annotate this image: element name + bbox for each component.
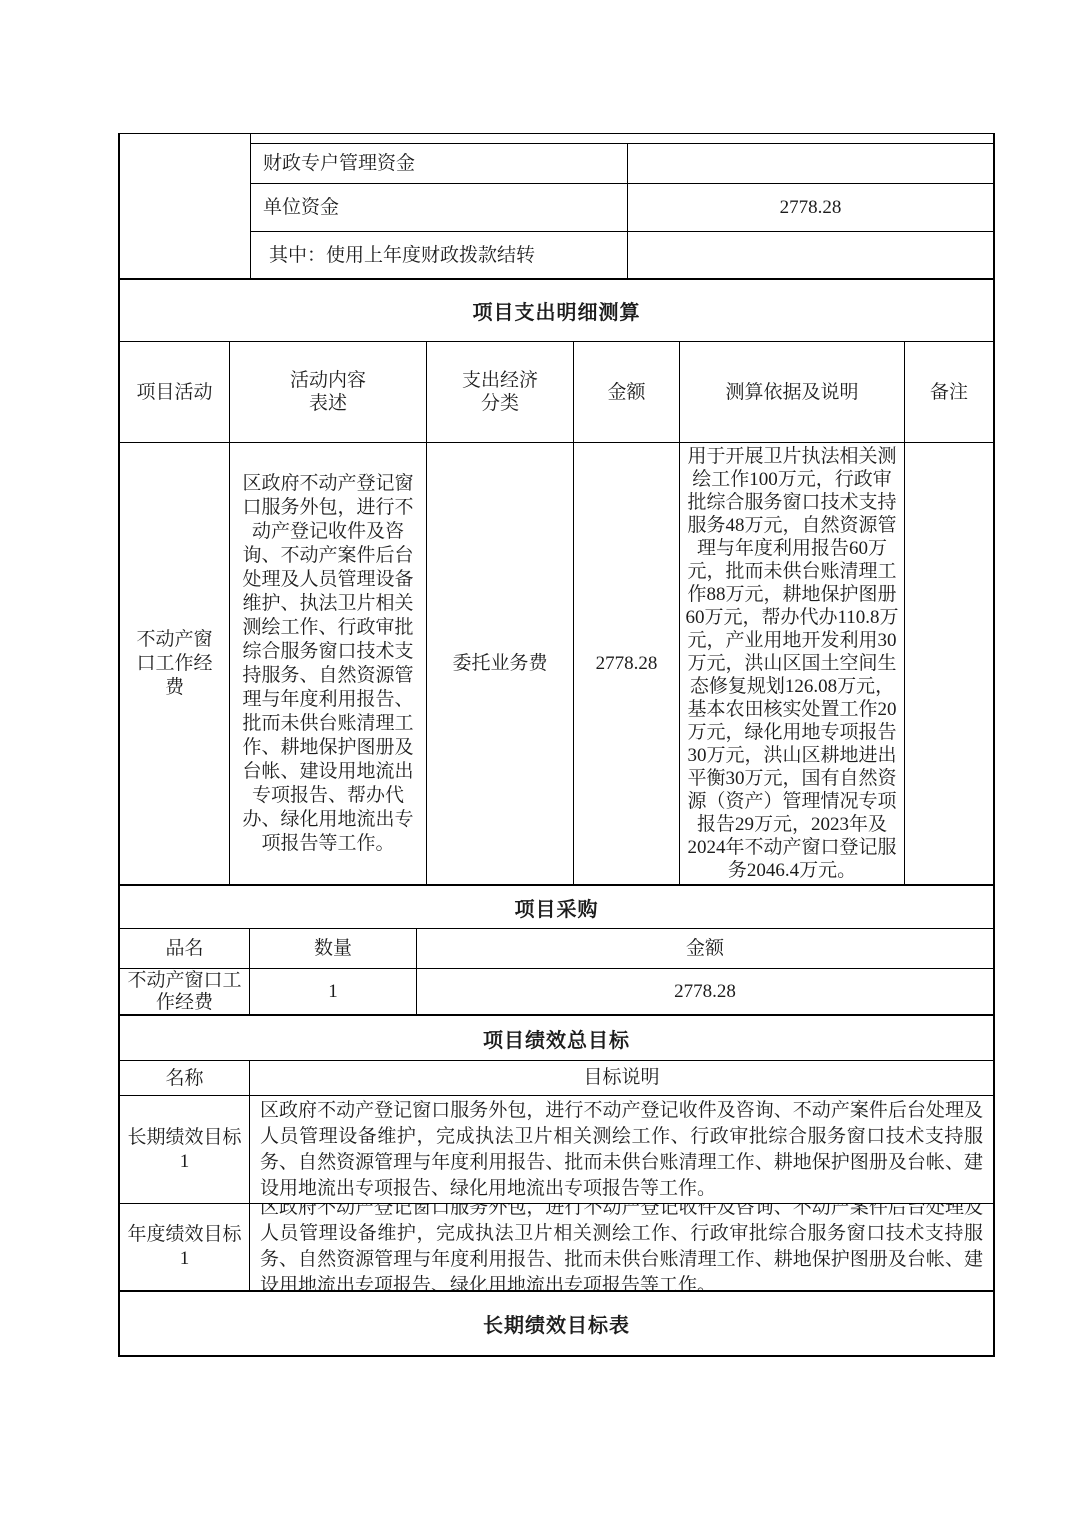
funding-value-unit-funds: 2778.28 [628,184,993,231]
column-header-content: 活动内容 表述 [230,342,427,442]
table-row: 单位资金 2778.28 [251,184,993,232]
funding-label-unit-funds: 单位资金 [251,184,628,231]
column-header-basis: 测算依据及说明 [680,342,905,442]
detail-amount: 2778.28 [574,443,680,884]
funding-span-cell [120,134,251,278]
funding-rows: 财政专户管理资金 单位资金 2778.28 其中：使用上年度财政拨款结转 [251,134,993,278]
column-header-remark: 备注 [905,342,993,442]
funding-label-carryover: 其中：使用上年度财政拨款结转 [251,232,628,278]
section-title-overall-goals: 项目绩效总目标 [120,1016,993,1061]
funding-label-special-account: 财政专户管理资金 [251,144,628,183]
table-row: 其中：使用上年度财政拨款结转 [251,232,993,278]
detail-header-row: 项目活动 活动内容 表述 支出经济 分类 金额 测算依据及说明 备注 [120,342,993,443]
funding-continuation-section: 财政专户管理资金 单位资金 2778.28 其中：使用上年度财政拨款结转 [120,134,993,280]
procurement-quantity: 1 [250,969,417,1014]
column-header-item-name: 品名 [120,929,250,968]
column-header-economic-class: 支出经济 分类 [427,342,574,442]
procurement-data-row: 不动产窗口工作经费 1 2778.28 [120,969,993,1016]
goals-header-row: 名称 目标说明 [120,1061,993,1096]
detail-remark [905,443,993,884]
column-header-amount: 金额 [574,342,680,442]
funding-value-carryover [628,232,993,278]
procurement-item-name: 不动产窗口工作经费 [120,969,250,1014]
goal-name-long-term: 长期绩效目标1 [120,1096,250,1203]
goal-row-annual: 年度绩效目标1 区政府不动产登记窗口服务外包，进行不动产登记收件及咨询、不动产案… [120,1204,993,1292]
goal-description-long-term: 区政府不动产登记窗口服务外包，进行不动产登记收件及咨询、不动产案件后台处理及人员… [250,1096,993,1203]
column-header-proc-amount: 金额 [417,929,993,968]
detail-activity-content: 区政府不动产登记窗口服务外包，进行不动产登记收件及咨询、不动产案件后台处理及人员… [230,443,427,884]
goal-description-annual: 区政府不动产登记窗口服务外包，进行不动产登记收件及咨询、不动产案件后台处理及人员… [250,1204,993,1290]
page-break-sliver-row [251,134,993,144]
column-header-quantity: 数量 [250,929,417,968]
goal-row-long-term: 长期绩效目标1 区政府不动产登记窗口服务外包，进行不动产登记收件及咨询、不动产案… [120,1096,993,1204]
section-title-expenditure-detail: 项目支出明细测算 [120,280,993,342]
column-header-goal-description: 目标说明 [250,1061,993,1095]
detail-economic-class: 委托业务费 [427,443,574,884]
funding-value-special-account [628,144,993,183]
table-row: 财政专户管理资金 [251,144,993,184]
document-page: { "page": { "background": "#ffffff", "te… [0,0,1075,1520]
budget-table: 财政专户管理资金 单位资金 2778.28 其中：使用上年度财政拨款结转 项目支… [118,133,995,1357]
procurement-amount: 2778.28 [417,969,993,1014]
section-title-long-term-goal-table: 长期绩效目标表 [120,1292,993,1355]
detail-activity-name: 不动产窗口工作经费 [120,443,230,884]
section-title-procurement: 项目采购 [120,886,993,929]
column-header-activity: 项目活动 [120,342,230,442]
detail-data-row: 不动产窗口工作经费 区政府不动产登记窗口服务外包，进行不动产登记收件及咨询、不动… [120,443,993,886]
detail-basis: 用于开展卫片执法相关测绘工作100万元，行政审批综合服务窗口技术支持服务48万元… [680,443,905,884]
procurement-header-row: 品名 数量 金额 [120,929,993,969]
column-header-goal-name: 名称 [120,1061,250,1095]
goal-name-annual: 年度绩效目标1 [120,1204,250,1290]
